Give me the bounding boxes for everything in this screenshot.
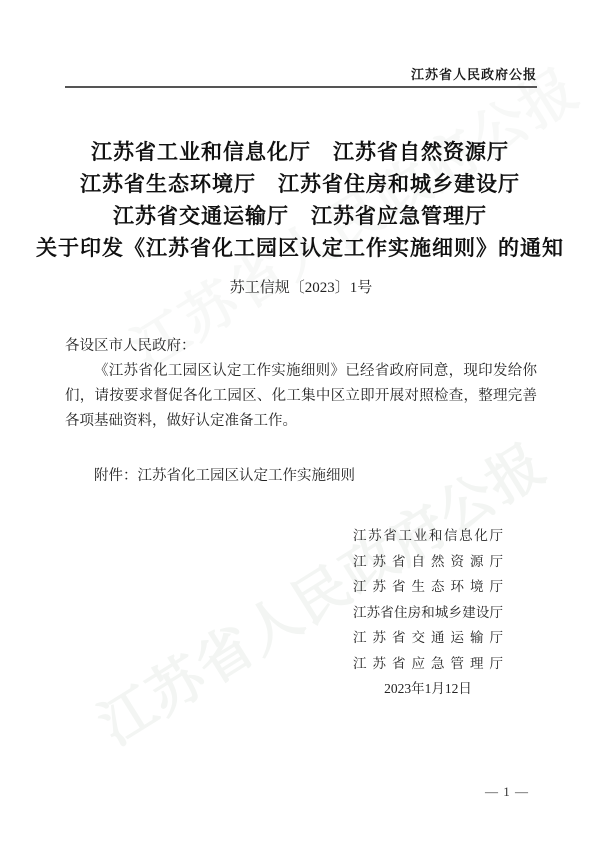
page-number: — 1 — bbox=[462, 784, 552, 800]
notice-title-line-2: 江苏省生态环境厅 江苏省住房和城乡建设厅 bbox=[30, 168, 570, 200]
notice-title-line-1: 江苏省工业和信息化厅 江苏省自然资源厅 bbox=[30, 136, 570, 168]
signer-dept: 江苏省应急管理厅 bbox=[353, 651, 503, 677]
masthead-rule bbox=[65, 86, 537, 88]
notice-title: 江苏省工业和信息化厅 江苏省自然资源厅 江苏省生态环境厅 江苏省住房和城乡建设厅… bbox=[30, 136, 570, 264]
notice-title-line-3: 江苏省交通运输厅 江苏省应急管理厅 bbox=[30, 200, 570, 232]
body-paragraph: 《江苏省化工园区认定工作实施细则》已经省政府同意，现印发给你们，请按要求督促各化… bbox=[65, 359, 537, 434]
signer-dept: 江苏省工业和信息化厅 bbox=[353, 523, 503, 549]
notice-body: 各设区市人民政府： 《江苏省化工园区认定工作实施细则》已经省政府同意，现印发给你… bbox=[65, 334, 537, 434]
signer-dept: 江苏省交通运输厅 bbox=[353, 625, 503, 651]
notice-title-line-4: 关于印发《江苏省化工园区认定工作实施细则》的通知 bbox=[30, 232, 570, 264]
page-content: 江苏省人民政府公报 江苏省工业和信息化厅 江苏省自然资源厅 江苏省生态环境厅 江… bbox=[0, 0, 600, 848]
document-number: 苏工信规〔2023〕1号 bbox=[65, 280, 537, 297]
signature-block: 江苏省工业和信息化厅 江苏省自然资源厅 江苏省生态环境厅 江苏省住房和城乡建设厅… bbox=[353, 523, 503, 702]
gazette-masthead: 江苏省人民政府公报 bbox=[411, 66, 537, 83]
salutation: 各设区市人民政府： bbox=[65, 334, 537, 359]
signer-dept: 江苏省自然资源厅 bbox=[353, 549, 503, 575]
signer-dept: 江苏省住房和城乡建设厅 bbox=[353, 600, 503, 626]
signature-date: 2023年1月12日 bbox=[353, 676, 503, 702]
signer-dept: 江苏省生态环境厅 bbox=[353, 574, 503, 600]
attachment-line: 附件：江苏省化工园区认定工作实施细则 bbox=[65, 464, 537, 489]
gazette-page: { "masthead": { "title": "江苏省人民政府公报" }, … bbox=[0, 0, 600, 848]
